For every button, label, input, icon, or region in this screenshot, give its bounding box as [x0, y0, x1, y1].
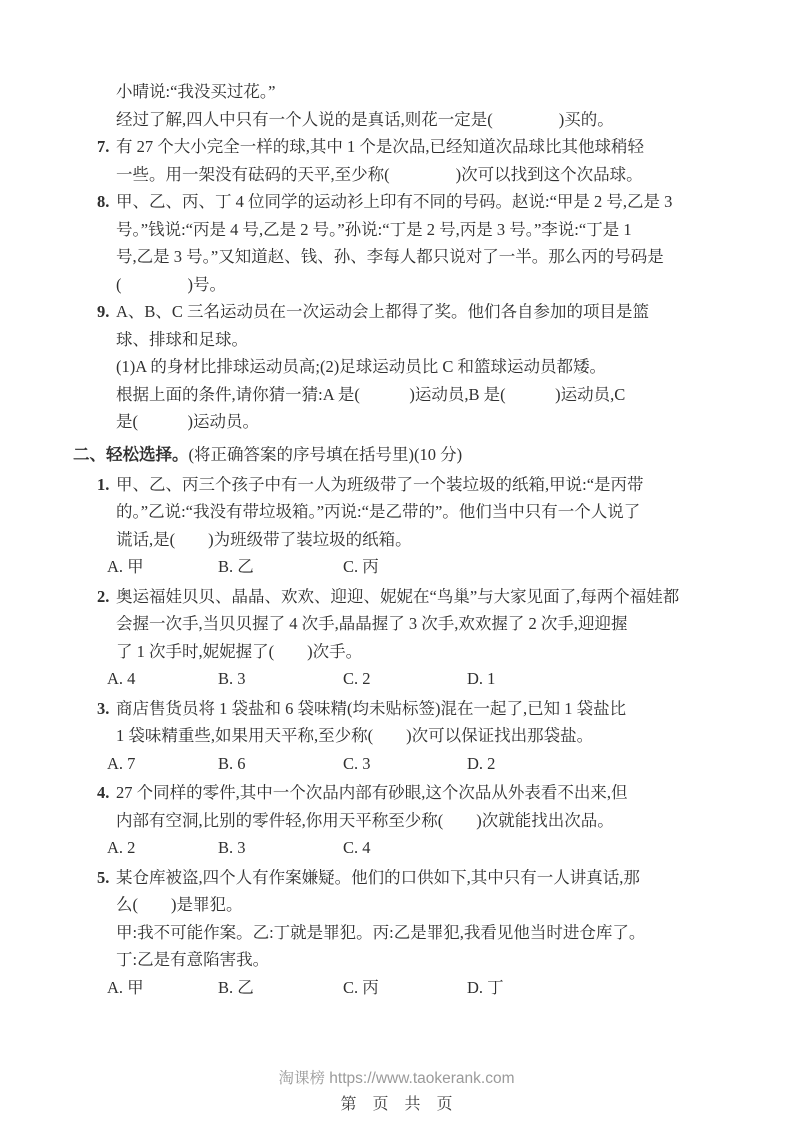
- question-text: 商店售货员将 1 袋盐和 6 袋味精(均未贴标签)混在一起了,已知 1 袋盐比: [116, 699, 626, 718]
- question-first-line: 4.27 个同样的零件,其中一个次品内部有砂眼,这个次品从外表看不出来,但: [97, 779, 737, 807]
- question-text: 27 个同样的零件,其中一个次品内部有砂眼,这个次品从外表看不出来,但: [116, 783, 628, 802]
- question-number: 5.: [97, 864, 116, 892]
- question-first-line: 3.商店售货员将 1 袋盐和 6 袋味精(均未贴标签)混在一起了,已知 1 袋盐…: [97, 695, 737, 723]
- question-line: 根据上面的条件,请你猜一猜:A 是( )运动员,B 是( )运动员,C: [97, 381, 737, 409]
- question-line: 号。”钱说:“丙是 4 号,乙是 2 号。”孙说:“丁是 2 号,丙是 3 号。…: [97, 216, 737, 244]
- option-d: D. 丁: [467, 974, 504, 1002]
- choice-question-2: 2.奥运福娃贝贝、晶晶、欢欢、迎迎、妮妮在“鸟巢”与大家见面了,每两个福娃都 会…: [97, 583, 737, 693]
- question-first-line: 8.甲、乙、丙、丁 4 位同学的运动衫上印有不同的号码。赵说:“甲是 2 号,乙…: [97, 188, 737, 216]
- options-row: A. 2B. 3C. 4: [97, 834, 737, 862]
- question-first-line: 2.奥运福娃贝贝、晶晶、欢欢、迎迎、妮妮在“鸟巢”与大家见面了,每两个福娃都: [97, 583, 737, 611]
- question-text: 甲、乙、丙三个孩子中有一人为班级带了一个装垃圾的纸箱,甲说:“是丙带: [116, 475, 644, 494]
- intro-line: 经过了解,四人中只有一个人说的是真话,则花一定是( )买的。: [97, 106, 737, 134]
- question-number: 2.: [97, 583, 116, 611]
- choice-question-5: 5.某仓库被盗,四个人有作案嫌疑。他们的口供如下,其中只有一人讲真话,那 么( …: [97, 864, 737, 1002]
- intro-line: 小晴说:“我没买过花。”: [97, 78, 737, 106]
- choice-question-1: 1.甲、乙、丙三个孩子中有一人为班级带了一个装垃圾的纸箱,甲说:“是丙带 的。”…: [97, 471, 737, 581]
- option-b: B. 乙: [218, 974, 343, 1002]
- question-line: 的。”乙说:“我没有带垃圾箱。”丙说:“是乙带的”。他们当中只有一个人说了: [97, 498, 737, 526]
- question-number: 9.: [97, 298, 116, 326]
- option-b: B. 6: [218, 750, 343, 778]
- question-7: 7.有 27 个大小完全一样的球,其中 1 个是次品,已经知道次品球比其他球稍轻…: [97, 133, 737, 188]
- question-number: 1.: [97, 471, 116, 499]
- option-b: B. 3: [218, 834, 343, 862]
- option-a: A. 7: [107, 750, 218, 778]
- option-a: A. 4: [107, 665, 218, 693]
- choice-question-3: 3.商店售货员将 1 袋盐和 6 袋味精(均未贴标签)混在一起了,已知 1 袋盐…: [97, 695, 737, 778]
- question-line: ( )号。: [97, 271, 737, 299]
- question-number: 3.: [97, 695, 116, 723]
- question-9: 9.A、B、C 三名运动员在一次运动会上都得了奖。他们各自参加的项目是篮 球、排…: [97, 298, 737, 436]
- options-row: A. 甲B. 乙C. 丙D. 丁: [97, 974, 737, 1002]
- option-b: B. 3: [218, 665, 343, 693]
- section-instructions: (将正确答案的序号填在括号里)(10 分): [189, 445, 463, 464]
- question-text: 甲、乙、丙、丁 4 位同学的运动衫上印有不同的号码。赵说:“甲是 2 号,乙是 …: [116, 192, 672, 211]
- options-row: A. 甲B. 乙C. 丙: [97, 553, 737, 581]
- option-c: C. 丙: [343, 553, 467, 581]
- question-line: 谎话,是( )为班级带了装垃圾的纸箱。: [97, 526, 737, 554]
- question-text: 某仓库被盗,四个人有作案嫌疑。他们的口供如下,其中只有一人讲真话,那: [116, 868, 640, 887]
- question-first-line: 7.有 27 个大小完全一样的球,其中 1 个是次品,已经知道次品球比其他球稍轻: [97, 133, 737, 161]
- question-line: 号,乙是 3 号。”又知道赵、钱、孙、李每人都只说对了一半。那么丙的号码是: [97, 243, 737, 271]
- option-b: B. 乙: [218, 553, 343, 581]
- question-line: 是( )运动员。: [97, 408, 737, 436]
- question-line: 球、排球和足球。: [97, 326, 737, 354]
- question-line: 1 袋味精重些,如果用天平称,至少称( )次可以保证找出那袋盐。: [97, 722, 737, 750]
- question-number: 4.: [97, 779, 116, 807]
- question-text: 有 27 个大小完全一样的球,其中 1 个是次品,已经知道次品球比其他球稍轻: [116, 137, 644, 156]
- option-c: C. 丙: [343, 974, 467, 1002]
- question-8: 8.甲、乙、丙、丁 4 位同学的运动衫上印有不同的号码。赵说:“甲是 2 号,乙…: [97, 188, 737, 298]
- option-c: C. 4: [343, 834, 467, 862]
- question-line: 甲:我不可能作案。乙:丁就是罪犯。丙:乙是罪犯,我看见他当时进仓库了。: [97, 919, 737, 947]
- question-line: 么( )是罪犯。: [97, 891, 737, 919]
- choice-question-4: 4.27 个同样的零件,其中一个次品内部有砂眼,这个次品从外表看不出来,但 内部…: [97, 779, 737, 862]
- option-c: C. 3: [343, 750, 467, 778]
- question-line: (1)A 的身材比排球运动员高;(2)足球运动员比 C 和篮球运动员都矮。: [97, 353, 737, 381]
- footer-page-label: 第 页 共 页: [0, 1091, 793, 1114]
- option-d: D. 2: [467, 750, 495, 778]
- question-line: 了 1 次手时,妮妮握了( )次手。: [97, 638, 737, 666]
- options-row: A. 4B. 3C. 2D. 1: [97, 665, 737, 693]
- option-a: A. 甲: [107, 553, 218, 581]
- question-line: 一些。用一架没有砝码的天平,至少称( )次可以找到这个次品球。: [97, 161, 737, 189]
- option-a: A. 2: [107, 834, 218, 862]
- question-number: 8.: [97, 188, 116, 216]
- question-number: 7.: [97, 133, 116, 161]
- option-d: D. 1: [467, 665, 495, 693]
- question-line: 内部有空洞,比别的零件轻,你用天平称至少称( )次就能找出次品。: [97, 807, 737, 835]
- question-text: 奥运福娃贝贝、晶晶、欢欢、迎迎、妮妮在“鸟巢”与大家见面了,每两个福娃都: [116, 587, 679, 606]
- worksheet-page: { "palette": { "page_bg": "#ffffff", "bo…: [0, 0, 793, 1122]
- question-first-line: 5.某仓库被盗,四个人有作案嫌疑。他们的口供如下,其中只有一人讲真话,那: [97, 864, 737, 892]
- section-2-heading: 二、轻松选择。(将正确答案的序号填在括号里)(10 分): [73, 441, 737, 469]
- question-first-line: 1.甲、乙、丙三个孩子中有一人为班级带了一个装垃圾的纸箱,甲说:“是丙带: [97, 471, 737, 499]
- section-title: 二、轻松选择。: [73, 445, 189, 464]
- options-row: A. 7B. 6C. 3D. 2: [97, 750, 737, 778]
- option-a: A. 甲: [107, 974, 218, 1002]
- worksheet-content: 小晴说:“我没买过花。” 经过了解,四人中只有一个人说的是真话,则花一定是( )…: [97, 78, 737, 1001]
- question-text: A、B、C 三名运动员在一次运动会上都得了奖。他们各自参加的项目是篮: [116, 302, 649, 321]
- footer-watermark: 淘课榜 https://www.taokerank.com: [0, 1066, 793, 1088]
- question-line: 会握一次手,当贝贝握了 4 次手,晶晶握了 3 次手,欢欢握了 2 次手,迎迎握: [97, 610, 737, 638]
- question-first-line: 9.A、B、C 三名运动员在一次运动会上都得了奖。他们各自参加的项目是篮: [97, 298, 737, 326]
- question-line: 丁:乙是有意陷害我。: [97, 946, 737, 974]
- option-c: C. 2: [343, 665, 467, 693]
